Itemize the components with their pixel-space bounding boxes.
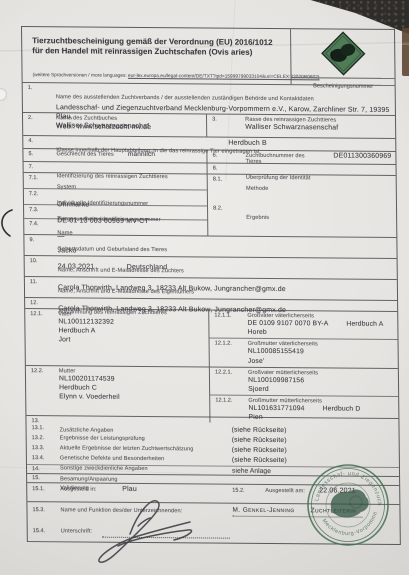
field-5: 5. Geschlecht des Tieresmännlich xyxy=(23,149,207,162)
field-label: Name des ausstellenden Zuchtverbands / d… xyxy=(56,94,314,102)
field-label: Unterschrift: xyxy=(61,528,93,534)
breed-name: Walliser Schwarznasenschaf xyxy=(245,124,391,132)
field-12-1: 12.1. Vater NL100112132392 Herdbuch A Jo… xyxy=(25,309,210,366)
field-number: 6. xyxy=(213,153,218,159)
field-7-4: 7.4. Name Jacko xyxy=(24,219,207,235)
studbook-name: Walliser Schwarznasenschaf xyxy=(56,122,202,130)
field-8: 8. Überprüfung der Identität xyxy=(208,163,396,174)
field-number: 15. xyxy=(32,475,40,481)
see-reverse-note: (siehe Rückseite) xyxy=(232,427,287,434)
field-number: 12.1.2. xyxy=(215,341,232,347)
form-title-cell: Tierzuchtbescheinigung gemäß der Verordn… xyxy=(22,27,292,84)
field-number: 12.2. xyxy=(31,368,44,374)
fields-2-3: 2. Name des Zuchtbuches Walliser Schwarz… xyxy=(23,113,395,139)
field-number: 3. xyxy=(212,117,217,123)
field-6: 6. Zuchtbuchnummer des TieresDE011300360… xyxy=(208,150,396,163)
field-number: 1. xyxy=(28,85,33,91)
field-number: 13.1. xyxy=(32,425,45,431)
field-12-1-1: 12.1.1. Großvater väterlicherseits DE 01… xyxy=(209,310,397,340)
field-number: 13.4. xyxy=(32,455,45,461)
field-15-3: 15.3. Name und Funktion des/der Unterzei… xyxy=(27,502,399,527)
signer-role: Zuchtleiterin xyxy=(311,507,357,514)
field-number: 8.2. xyxy=(213,206,222,212)
signer-name: M. Genkel-Jenning xyxy=(232,507,294,514)
pedigree-block: 12.1. Vater NL100112132392 Herdbuch A Jo… xyxy=(25,309,398,418)
field-8-2: 8.2. Ergebnis xyxy=(208,203,396,227)
field-7: 7. Identifizierung des reinrassigen Zuch… xyxy=(24,162,208,173)
field-number: 10. xyxy=(30,258,38,264)
field-12-2-1: 12.2.1. Großvater mütterlicherseits NL10… xyxy=(210,367,398,397)
identification-left: 7.1. System Ohrmarke 7.2. Individuelle I… xyxy=(24,173,209,235)
see-reverse-note: (siehe Rückseite) xyxy=(232,457,287,464)
photo-of-document: { "colors":{"stamp_green":"#3f6b4e","log… xyxy=(0,0,409,575)
field-number: 12.1.2. xyxy=(215,398,232,404)
grandsire-herdbook: Herdbuch A xyxy=(346,320,383,329)
field-label: Ergebnis xyxy=(246,215,269,221)
see-annex-note: siehe Anlage xyxy=(232,468,271,475)
dam-name: Elynn v. Voederheil xyxy=(59,392,205,402)
field-number: 9. xyxy=(29,237,34,243)
see-reverse-note: (siehe Rückseite) xyxy=(232,437,287,444)
field-label: Name und Funktion des/der Unterzeichnend… xyxy=(60,507,182,514)
field-8-1: 8.1. Methode xyxy=(208,174,396,204)
field-number: 11. xyxy=(30,279,37,285)
field-number: 4. xyxy=(28,138,33,144)
identification-block: 7.1. System Ohrmarke 7.2. Individuelle I… xyxy=(24,173,397,238)
grandsire-maternal-name: Sjoerd xyxy=(248,385,394,395)
field-7-3: 7.3. Tiergesundheits-Identifizierungsnum… xyxy=(24,205,207,220)
field-number: 5. xyxy=(28,151,33,157)
field-number: 12.2.1. xyxy=(215,369,232,375)
field-3: 3. Rasse des reinrassigen Zuchttieres Wa… xyxy=(207,114,395,137)
document-title: Tierzuchtbescheinigung gemäß der Verordn… xyxy=(32,36,282,59)
animal-sex: männlich xyxy=(128,151,155,158)
granddam-name: Jose' xyxy=(248,356,394,366)
edge-object xyxy=(402,28,409,76)
field-number: 7.3. xyxy=(29,207,38,213)
field-number: 13.3. xyxy=(32,445,45,451)
field-number: 8. xyxy=(213,166,218,172)
pedigree-sire-row: 12.1. Vater NL100112132392 Herdbuch A Jo… xyxy=(25,309,398,369)
field-label: Name des Zuchtbuches xyxy=(56,115,202,122)
field-number: 7. xyxy=(29,164,34,170)
field-number: 2. xyxy=(28,115,33,121)
field-15-4: 15.4. Unterschrift: xyxy=(28,524,400,545)
issued-on: 22.06.2021 xyxy=(319,487,356,494)
field-label: Methode xyxy=(246,186,269,192)
field-label: Name, Anschrift und E-Mailadresse des Ei… xyxy=(58,288,194,295)
signer-name-role: M. Genkel-JenningZuchtleiterin xyxy=(232,507,362,518)
field-number: 13.2. xyxy=(32,435,45,441)
field-9: 9. Geburtsdatum und Geburtsland des Tier… xyxy=(24,235,396,259)
field-number: 12. xyxy=(30,300,38,306)
eur-lex-link: eur-lex.europa.eu/legal-content/DE/TXT?q… xyxy=(128,74,320,81)
herdbook-class: Herdbuch B xyxy=(228,140,267,147)
punch-hole xyxy=(0,88,7,101)
pen-mark xyxy=(0,208,16,238)
signature-line xyxy=(102,529,230,539)
field-label: Geschlecht des Tieres xyxy=(56,151,114,157)
field-number: 15.4. xyxy=(33,528,46,534)
granddam-maternal-herdbook: Herdbuch D xyxy=(323,404,361,413)
sire-name: Jort xyxy=(59,336,205,346)
field-number: 12.1.1. xyxy=(214,313,231,319)
field-label: Geburtsdatum und Geburtsland des Tieres xyxy=(57,246,167,253)
field-number: 15.3. xyxy=(32,507,45,513)
field-10: 10. Name, Anschrift und E-Mailadresse de… xyxy=(25,256,397,280)
see-reverse-note: (siehe Rückseite) xyxy=(232,447,287,454)
field-number: 15.2. xyxy=(232,488,245,494)
field-7-2: 7.2. Individuelle Identifizierungsnummer… xyxy=(24,189,207,206)
field-number: 8.1. xyxy=(213,177,222,183)
logo-cell xyxy=(291,29,395,79)
languages-note: (weitere Sprachversionen / more language… xyxy=(33,73,320,80)
field-label: Ausgestellt am: xyxy=(265,488,305,494)
field-number: 12.1. xyxy=(30,311,43,317)
field-label: Name, Anschrift und E-Mailadresse des Zü… xyxy=(58,267,184,274)
pedigree-sire-parents: 12.1.1. Großvater väterlicherseits DE 01… xyxy=(209,310,398,367)
form-header: Tierzuchtbescheinigung gemäß der Verordn… xyxy=(22,27,395,86)
field-number: 15.1. xyxy=(32,486,45,492)
field-number: 14. xyxy=(32,466,40,472)
identification-right: 8.1. Methode 8.2. Ergebnis xyxy=(208,174,397,236)
issued-in: Plau xyxy=(122,486,137,493)
grandsire-name: Horeb xyxy=(248,328,394,338)
field-label: Ausgestellt in: xyxy=(60,486,96,492)
granddam-maternal-id: NL101631771094 xyxy=(248,404,304,414)
field-label: Rasse des reinrassigen Zuchttieres xyxy=(245,117,391,124)
certificate-form: Tierzuchtbescheinigung gemäß der Verordn… xyxy=(21,26,401,545)
field-11: 11. Name, Anschrift und E-Mailadresse de… xyxy=(25,277,397,301)
field-1: 1. Name des ausstellenden Zuchtverbands … xyxy=(23,83,395,116)
field-12-1-2: 12.1.2. Großmutter väterlicherseits NL10… xyxy=(210,339,398,368)
field-2: 2. Name des Zuchtbuches Walliser Schwarz… xyxy=(23,113,207,136)
breed-association-logo-icon xyxy=(319,29,368,77)
field-number: 7.2. xyxy=(29,191,38,197)
field-number: 7.4. xyxy=(29,221,38,227)
field-number: 7.1. xyxy=(29,175,38,181)
field-7-1: 7.1. System Ohrmarke xyxy=(24,173,207,190)
